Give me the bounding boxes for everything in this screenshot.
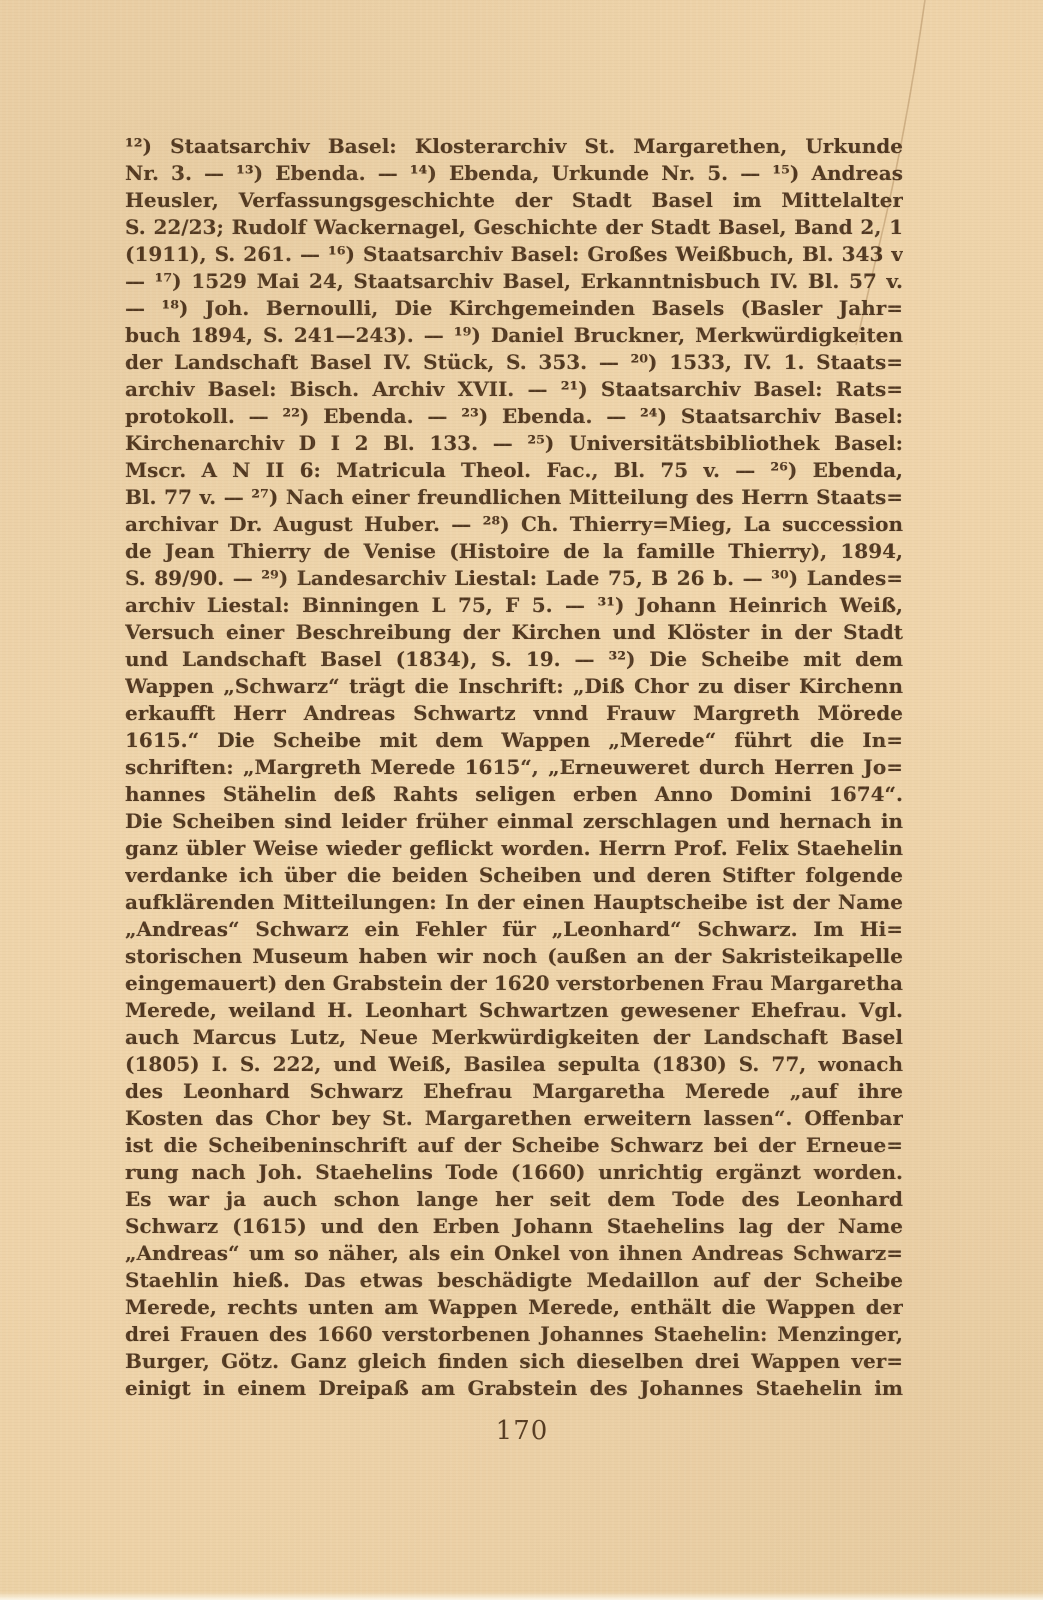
text-line: protokoll. — ²²) Ebenda. — ²³) Ebenda. —… [125,403,903,430]
text-line: Burger, Götz. Ganz gleich finden sich di… [125,1348,903,1375]
text-line: der Landschaft Basel IV. Stück, S. 353. … [125,349,903,376]
text-line: aufklärenden Mitteilungen: In der einen … [125,889,903,916]
text-line: auch Marcus Lutz, Neue Merkwürdigkeiten … [125,1024,903,1051]
text-line: (1911), S. 261. — ¹⁶) Staatsarchiv Basel… [125,241,903,268]
text-line: Mscr. A N II 6: Matricula Theol. Fac., B… [125,457,903,484]
text-line: Es war ja auch schon lange her seit dem … [125,1186,903,1213]
text-line: Merede, rechts unten am Wappen Merede, e… [125,1294,903,1321]
text-line: hannes Stähelin deß Rahts seligen erben … [125,781,903,808]
text-line: storischen Museum haben wir noch (außen … [125,943,903,970]
text-line: de Jean Thierry de Venise (Histoire de l… [125,538,903,565]
text-line: verdanke ich über die beiden Scheiben un… [125,862,903,889]
text-line: (1805) I. S. 222, und Weiß, Basilea sepu… [125,1051,903,1078]
text-line: archiv Liestal: Binningen L 75, F 5. — ³… [125,592,903,619]
text-line: Versuch einer Beschreibung der Kirchen u… [125,619,903,646]
page-number: 170 [133,1416,911,1446]
text-line: buch 1894, S. 241—243). — ¹⁹) Daniel Bru… [125,322,903,349]
text-line: „Andreas“ Schwarz ein Fehler für „Leonha… [125,916,903,943]
text-line: — ¹⁸) Joh. Bernoulli, Die Kirchgemeinden… [125,295,903,322]
text-line: S. 22/23; Rudolf Wackernagel, Geschichte… [125,214,903,241]
text-line: Staehlin hieß. Das etwas beschädigte Med… [125,1267,903,1294]
text-line: ¹²) Staatsarchiv Basel: Klosterarchiv St… [125,133,903,160]
text-line: Schwarz (1615) und den Erben Johann Stae… [125,1213,903,1240]
text-line: Nr. 3. — ¹³) Ebenda. — ¹⁴) Ebenda, Urkun… [125,160,903,187]
text-line: einigt in einem Dreipaß am Grabstein des… [125,1375,903,1402]
text-line: schriften: „Margreth Merede 1615“, „Erne… [125,754,903,781]
footnotes-block: ¹²) Staatsarchiv Basel: Klosterarchiv St… [125,133,903,1402]
text-line: und Landschaft Basel (1834), S. 19. — ³²… [125,646,903,673]
text-line: — ¹⁷) 1529 Mai 24, Staatsarchiv Basel, E… [125,268,903,295]
text-line: eingemauert) den Grabstein der 1620 vers… [125,970,903,997]
text-line: S. 89/90. — ²⁹) Landesarchiv Liestal: La… [125,565,903,592]
text-line: Heusler, Verfassungsgeschichte der Stadt… [125,187,903,214]
text-line: archiv Basel: Bisch. Archiv XVII. — ²¹) … [125,376,903,403]
text-line: ist die Scheibeninschrift auf der Scheib… [125,1132,903,1159]
text-line: Kirchenarchiv D I 2 Bl. 133. — ²⁵) Unive… [125,430,903,457]
text-line: Die Scheiben sind leider früher einmal z… [125,808,903,835]
text-line: des Leonhard Schwarz Ehefrau Margaretha … [125,1078,903,1105]
text-line: 1615.“ Die Scheibe mit dem Wappen „Mered… [125,727,903,754]
text-line: Bl. 77 v. — ²⁷) Nach einer freundlichen … [125,484,903,511]
book-page: ¹²) Staatsarchiv Basel: Klosterarchiv St… [0,0,1043,1600]
text-line: Wappen „Schwarz“ trägt die Inschrift: „D… [125,673,903,700]
text-line: ganz übler Weise wieder geflickt worden.… [125,835,903,862]
text-line: drei Frauen des 1660 verstorbenen Johann… [125,1321,903,1348]
text-line: rung nach Joh. Staehelins Tode (1660) un… [125,1159,903,1186]
text-line: erkaufft Herr Andreas Schwartz vnnd Frau… [125,700,903,727]
text-line: archivar Dr. August Huber. — ²⁸) Ch. Thi… [125,511,903,538]
text-line: Kosten das Chor bey St. Margarethen erwe… [125,1105,903,1132]
text-line: „Andreas“ um so näher, als ein Onkel von… [125,1240,903,1267]
text-line: Merede, weiland H. Leonhart Schwartzen g… [125,997,903,1024]
page-bottom-edge [0,1592,1043,1600]
